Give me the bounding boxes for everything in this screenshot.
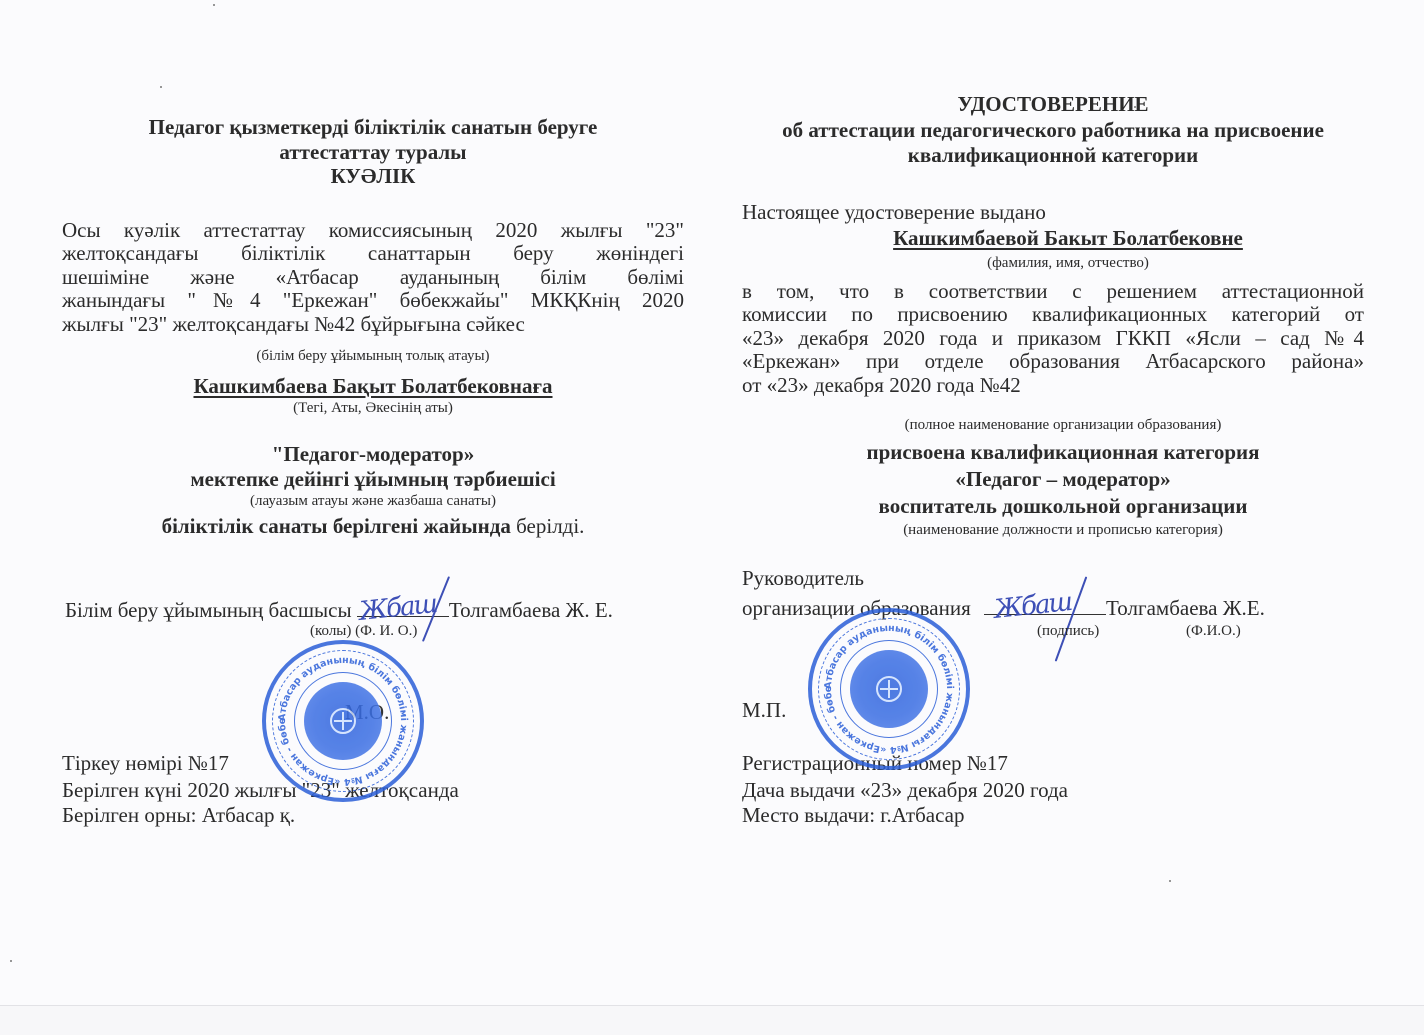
svg-text:Атбасар ауданының білім бөлімі: Атбасар ауданының білім бөлімі жанындағы… — [812, 612, 955, 755]
kz-issue-place: Берілген орны: Атбасар қ. — [62, 804, 684, 827]
kz-head-row: Білім беру ұйымының басшысы Жбаш Толгамб… — [65, 596, 684, 622]
kz-recipient-name: Кашкимбаева Бақыт Болатбековнаға — [193, 374, 552, 398]
kz-recipient: Кашкимбаева Бақыт Болатбековнаға — [62, 374, 684, 398]
kz-title-line1: Педагог қызметкерді біліктілік санатын б… — [62, 115, 684, 139]
ru-recipient: Кашкимбаевой Бакыт Болатбековне — [742, 226, 1364, 250]
svg-text:Атбасар ауданының білім бөлімі: Атбасар ауданының білім бөлімі жанындағы… — [266, 644, 409, 787]
ru-head-label-line1: Руководитель — [742, 567, 1364, 590]
kz-org-caption: (білім беру ұйымының толық атауы) — [62, 347, 684, 365]
ru-issue-place: Место выдачи: г.Атбасар — [742, 804, 1364, 827]
kz-conclusion: біліктілік санаты берілгені жайында бері… — [62, 514, 684, 538]
kz-conclusion-bold: біліктілік санаты берілгені жайында — [162, 514, 511, 538]
ru-title-doc: УДОСТОВЕРЕНИЕ — [742, 92, 1364, 116]
official-seal-left: Атбасар ауданының білім бөлімі жанындағы… — [262, 640, 424, 802]
kz-title-line2: аттестаттау туралы — [62, 140, 684, 164]
ru-title-line2: об аттестации педагогического работника … — [742, 118, 1364, 142]
kz-body-line: жылғы "23" желтоқсандағы №42 бұйрығына с… — [62, 313, 684, 336]
kz-name-caption: (Тегі, Аты, Әкесінің аты) — [62, 399, 684, 417]
ru-signature: Жбаш — [993, 591, 1072, 622]
kz-position: мектепке дейінгі ұйымның тәрбиешісі — [62, 467, 684, 491]
kz-conclusion-regular: берілді. — [511, 514, 585, 538]
kz-signature: Жбаш — [358, 593, 437, 624]
kz-body-line: желтоқсандағы біліктілік санаттарын беру… — [62, 242, 684, 265]
paper-speck — [1169, 880, 1171, 882]
ru-body-line: «Еркежан» при отделе образования Атбасар… — [742, 350, 1364, 373]
kz-signature-line: Жбаш — [357, 596, 449, 617]
ru-title-line3: квалификационной категории — [742, 143, 1364, 167]
ru-assigned: присвоена квалификационная категория — [742, 440, 1364, 464]
ru-org-caption: (полное наименование организации образов… — [742, 416, 1364, 434]
kz-head-label: Білім беру ұйымының басшысы — [65, 598, 352, 622]
kz-head-name: Толгамбаева Ж. Е. — [449, 598, 613, 622]
seal-text: Атбасар ауданының білім бөлімі жанындағы… — [812, 612, 966, 766]
official-seal-right: Атбасар ауданының білім бөлімі жанындағы… — [808, 608, 970, 770]
ru-recipient-name: Кашкимбаевой Бакыт Болатбековне — [893, 226, 1243, 250]
ru-body-line: «23» декабря 2020 года и приказом ГККП «… — [742, 327, 1364, 350]
ru-name-caption: (фамилия, имя, отчество) — [742, 254, 1364, 272]
kz-position-caption: (лауазым атауы және жазбаша санаты) — [62, 492, 684, 510]
kz-body-line: шешіміне және «Атбасар ауданының білім б… — [62, 266, 684, 289]
ru-body-line: в том, что в соответствии с решением атт… — [742, 280, 1364, 303]
ru-body-line: комиссии по присвоению квалификационных … — [742, 303, 1364, 326]
document-sheet: Педагог қызметкерді біліктілік санатын б… — [0, 0, 1424, 1006]
kz-title-doc: КУӘЛІК — [62, 164, 684, 188]
ru-head-name: Толгамбаева Ж.Е. — [1106, 596, 1265, 620]
ru-name-caption2: (Ф.И.О.) — [1186, 622, 1364, 640]
kz-signature-caption: (колы) (Ф. И. О.) — [310, 622, 684, 640]
ru-body: в том, что в соответствии с решением атт… — [742, 280, 1364, 397]
ru-position: воспитатель дошкольной организации — [742, 494, 1364, 518]
seal-text: Атбасар ауданының білім бөлімі жанындағы… — [266, 644, 420, 798]
kz-category: "Педагог-модератор» — [62, 442, 684, 466]
paper-speck — [213, 4, 215, 6]
ru-signature-line: Жбаш — [984, 594, 1106, 615]
kz-body: Осы куәлік аттестаттау комиссиясының 202… — [62, 219, 684, 336]
kz-body-line: Осы куәлік аттестаттау комиссиясының 202… — [62, 219, 684, 242]
ru-category: «Педагог – модератор» — [742, 467, 1364, 491]
paper-speck — [10, 960, 12, 962]
ru-issue-date: Дача выдачи «23» декабря 2020 года — [742, 779, 1364, 802]
kz-body-line: жанындағы "№4 "Еркежан" бөбекжайы" МКҚКн… — [62, 289, 684, 312]
ru-body-line: от «23» декабря 2020 года №42 — [742, 374, 1364, 397]
paper-speck — [160, 86, 162, 88]
ru-position-caption: (наименование должности и прописью катег… — [742, 521, 1364, 539]
ru-issued-to: Настоящее удостоверение выдано — [742, 201, 1364, 224]
